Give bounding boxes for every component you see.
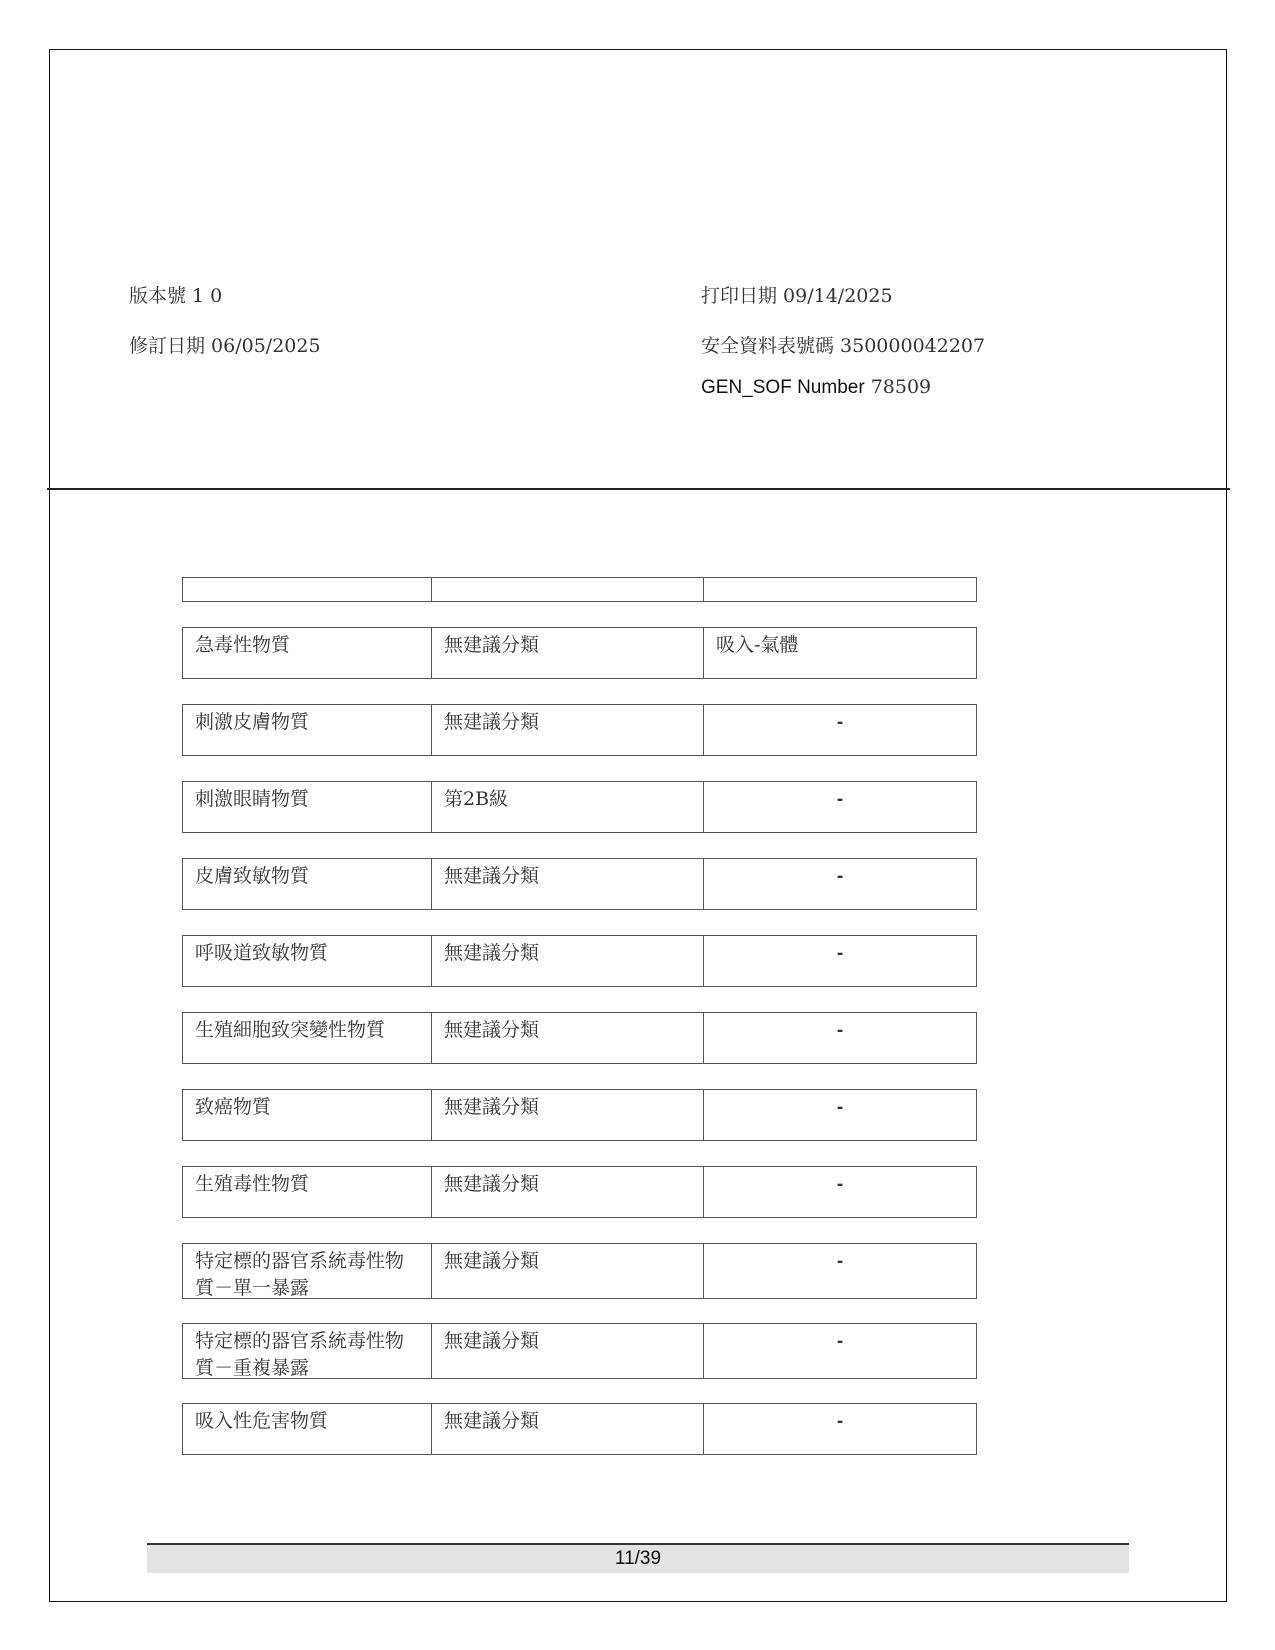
classification-cell: 無建議分類 — [432, 1324, 704, 1378]
table-row: 呼吸道致敏物質無建議分類- — [182, 935, 977, 987]
exposure-route-cell: - — [704, 1090, 976, 1140]
exposure-route-cell: - — [704, 936, 976, 986]
classification-cell: 無建議分類 — [432, 705, 704, 755]
page-indicator: 11/39 — [615, 1548, 661, 1569]
classification-cell: 無建議分類 — [432, 1013, 704, 1063]
header-cell — [704, 578, 976, 601]
table-row: 特定標的器官系統毒性物質－單一暴露無建議分類- — [182, 1243, 977, 1299]
hazard-class-cell: 呼吸道致敏物質 — [183, 936, 432, 986]
gen-sof-label: GEN_SOF Number — [701, 377, 865, 398]
classification-cell: 無建議分類 — [432, 1244, 704, 1298]
header-divider — [47, 488, 1230, 490]
classification-cell: 無建議分類 — [432, 936, 704, 986]
gen-sof-value: 78509 — [871, 376, 931, 398]
version-number: 版本號 1 0 — [129, 281, 222, 308]
classification-cell: 無建議分類 — [432, 1167, 704, 1217]
classification-cell: 無建議分類 — [432, 859, 704, 909]
table-row: 生殖毒性物質無建議分類- — [182, 1166, 977, 1218]
classification-cell: 無建議分類 — [432, 1090, 704, 1140]
print-date: 打印日期 09/14/2025 — [701, 281, 893, 308]
exposure-route-cell: - — [704, 1244, 976, 1298]
exposure-route-cell: - — [704, 1167, 976, 1217]
hazard-class-cell: 刺激眼睛物質 — [183, 782, 432, 832]
table-header-row — [182, 577, 977, 602]
exposure-route-cell: - — [704, 1404, 976, 1454]
classification-cell: 無建議分類 — [432, 628, 704, 678]
table-row: 急毒性物質無建議分類吸入-氣體 — [182, 627, 977, 679]
sds-number: 安全資料表號碼 350000042207 — [701, 331, 985, 358]
page-footer: 11/39 — [147, 1543, 1129, 1573]
gen-sof-number: GEN_SOF Number 78509 — [701, 376, 931, 399]
hazard-class-cell: 生殖細胞致突變性物質 — [183, 1013, 432, 1063]
table-row: 吸入性危害物質無建議分類- — [182, 1403, 977, 1455]
table-row: 生殖細胞致突變性物質無建議分類- — [182, 1012, 977, 1064]
exposure-route-cell: - — [704, 859, 976, 909]
exposure-route-cell: - — [704, 1324, 976, 1378]
header-cell — [183, 578, 432, 601]
classification-cell: 無建議分類 — [432, 1404, 704, 1454]
hazard-class-cell: 皮膚致敏物質 — [183, 859, 432, 909]
classification-cell: 第2B級 — [432, 782, 704, 832]
hazard-class-cell: 特定標的器官系統毒性物質－重複暴露 — [183, 1324, 432, 1378]
table-row: 皮膚致敏物質無建議分類- — [182, 858, 977, 910]
table-row: 致癌物質無建議分類- — [182, 1089, 977, 1141]
exposure-route-cell: - — [704, 782, 976, 832]
table-row: 特定標的器官系統毒性物質－重複暴露無建議分類- — [182, 1323, 977, 1379]
table-row: 刺激眼睛物質第2B級- — [182, 781, 977, 833]
hazard-class-cell: 致癌物質 — [183, 1090, 432, 1140]
hazard-class-cell: 刺激皮膚物質 — [183, 705, 432, 755]
revision-date: 修訂日期 06/05/2025 — [129, 331, 321, 358]
hazard-class-cell: 生殖毒性物質 — [183, 1167, 432, 1217]
exposure-route-cell: 吸入-氣體 — [704, 628, 976, 678]
hazard-class-cell: 特定標的器官系統毒性物質－單一暴露 — [183, 1244, 432, 1298]
exposure-route-cell: - — [704, 1013, 976, 1063]
exposure-route-cell: - — [704, 705, 976, 755]
hazard-class-cell: 吸入性危害物質 — [183, 1404, 432, 1454]
hazard-class-cell: 急毒性物質 — [183, 628, 432, 678]
header-cell — [432, 578, 704, 601]
table-row: 刺激皮膚物質無建議分類- — [182, 704, 977, 756]
